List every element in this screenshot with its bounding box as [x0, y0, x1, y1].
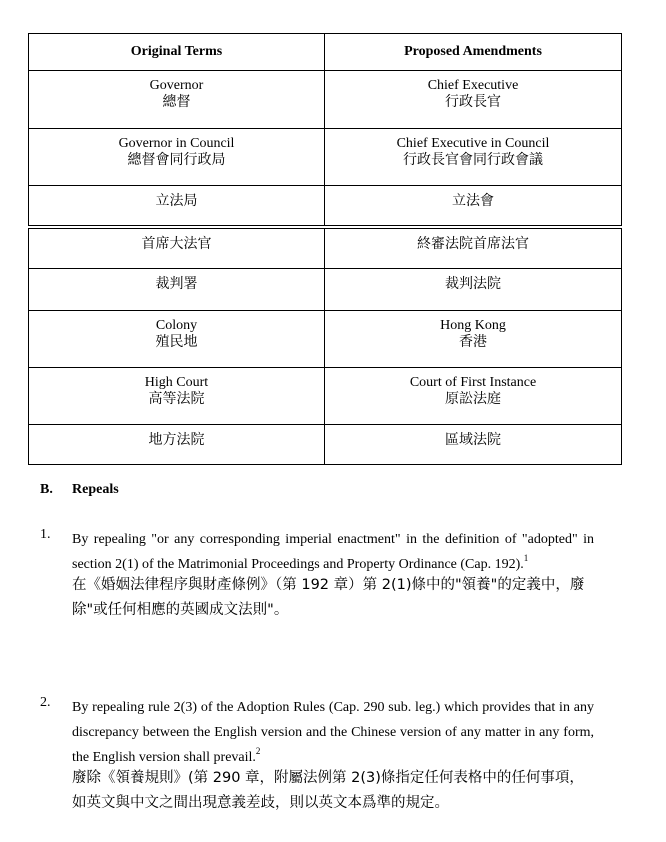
original-term-zh: 立法局 — [29, 193, 324, 209]
original-term-cell: Governor in Council 總督會同行政局 — [29, 129, 325, 186]
proposed-term-zh: 立法會 — [325, 193, 621, 209]
original-term-cell: 立法局 — [29, 186, 325, 226]
proposed-term-cell: Chief Executive in Council 行政長官會同行政會議 — [325, 129, 622, 186]
item-chinese-text: 廢除《領養規則》(第 290 章，附屬法例第 2(3)條指定任何表格中的任何事項… — [72, 766, 594, 816]
table-row: Governor 總督 Chief Executive 行政長官 — [29, 71, 622, 129]
proposed-term-zh: 行政長官 — [325, 94, 621, 110]
original-term-zh: 高等法院 — [29, 391, 324, 407]
proposed-term-cell: 裁判法院 — [325, 269, 622, 311]
header-original-terms: Original Terms — [29, 34, 325, 71]
item-english-text: By repealing "or any corresponding imper… — [72, 527, 594, 577]
table-row: Governor in Council 總督會同行政局 Chief Execut… — [29, 129, 622, 186]
table-row: 裁判署 裁判法院 — [29, 269, 622, 311]
original-term-zh: 總督 — [29, 94, 324, 110]
section-title: Repeals — [72, 482, 119, 497]
table-row: 首席大法官 終審法院首席法官 — [29, 229, 622, 269]
original-term-en: Governor — [29, 78, 324, 94]
proposed-term-cell: Chief Executive 行政長官 — [325, 71, 622, 129]
item-english-content: By repealing rule 2(3) of the Adoption R… — [72, 700, 594, 765]
original-term-en: Governor in Council — [29, 136, 324, 152]
original-term-cell: 首席大法官 — [29, 229, 325, 269]
proposed-term-cell: 立法會 — [325, 186, 622, 226]
proposed-term-cell: Hong Kong 香港 — [325, 311, 622, 368]
proposed-term-zh: 裁判法院 — [325, 276, 621, 292]
original-term-cell: Colony 殖民地 — [29, 311, 325, 368]
item-number: 2. — [40, 695, 51, 711]
proposed-term-cell: 區域法院 — [325, 425, 622, 465]
original-term-cell: Governor 總督 — [29, 71, 325, 129]
section-heading: B.Repeals — [40, 482, 119, 498]
original-term-zh: 裁判署 — [29, 276, 324, 292]
table-row: 立法局 立法會 — [29, 186, 622, 226]
item-chinese-text: 在《婚姻法律程序與財產條例》（第 192 章）第 2(1)條中的"領養"的定義中… — [72, 573, 594, 623]
original-term-cell: 裁判署 — [29, 269, 325, 311]
original-term-zh: 殖民地 — [29, 334, 324, 350]
proposed-term-zh: 區域法院 — [325, 432, 621, 448]
item-number: 1. — [40, 527, 51, 543]
terms-table-part-1: Original Terms Proposed Amendments Gover… — [28, 33, 622, 226]
footnote-ref[interactable]: 1 — [524, 553, 529, 563]
item-english-content: By repealing "or any corresponding imper… — [72, 532, 594, 572]
table-row: High Court 高等法院 Court of First Instance … — [29, 368, 622, 425]
proposed-term-cell: 終審法院首席法官 — [325, 229, 622, 269]
repeal-item: 1. By repealing "or any corresponding im… — [40, 527, 596, 623]
proposed-term-zh: 終審法院首席法官 — [325, 236, 621, 252]
terms-table-part-2: 首席大法官 終審法院首席法官 裁判署 裁判法院 Colony 殖民地 Hong … — [28, 228, 622, 465]
proposed-term-zh: 香港 — [325, 334, 621, 350]
original-term-cell: 地方法院 — [29, 425, 325, 465]
repeal-item: 2. By repealing rule 2(3) of the Adoptio… — [40, 695, 596, 816]
footnote-ref[interactable]: 2 — [256, 746, 261, 756]
original-term-cell: High Court 高等法院 — [29, 368, 325, 425]
proposed-term-en: Hong Kong — [325, 318, 621, 334]
proposed-term-zh: 行政長官會同行政會議 — [325, 152, 621, 168]
table-row: Colony 殖民地 Hong Kong 香港 — [29, 311, 622, 368]
table-row: 地方法院 區域法院 — [29, 425, 622, 465]
proposed-term-cell: Court of First Instance 原訟法庭 — [325, 368, 622, 425]
proposed-term-en: Court of First Instance — [325, 375, 621, 391]
original-term-en: Colony — [29, 318, 324, 334]
original-term-en: High Court — [29, 375, 324, 391]
item-english-text: By repealing rule 2(3) of the Adoption R… — [72, 695, 594, 770]
header-proposed-amendments: Proposed Amendments — [325, 34, 622, 71]
section-letter: B. — [40, 482, 72, 498]
original-term-zh: 地方法院 — [29, 432, 324, 448]
proposed-term-zh: 原訟法庭 — [325, 391, 621, 407]
table-header-row: Original Terms Proposed Amendments — [29, 34, 622, 71]
proposed-term-en: Chief Executive in Council — [325, 136, 621, 152]
original-term-zh: 首席大法官 — [29, 236, 324, 252]
original-term-zh: 總督會同行政局 — [29, 152, 324, 168]
proposed-term-en: Chief Executive — [325, 78, 621, 94]
